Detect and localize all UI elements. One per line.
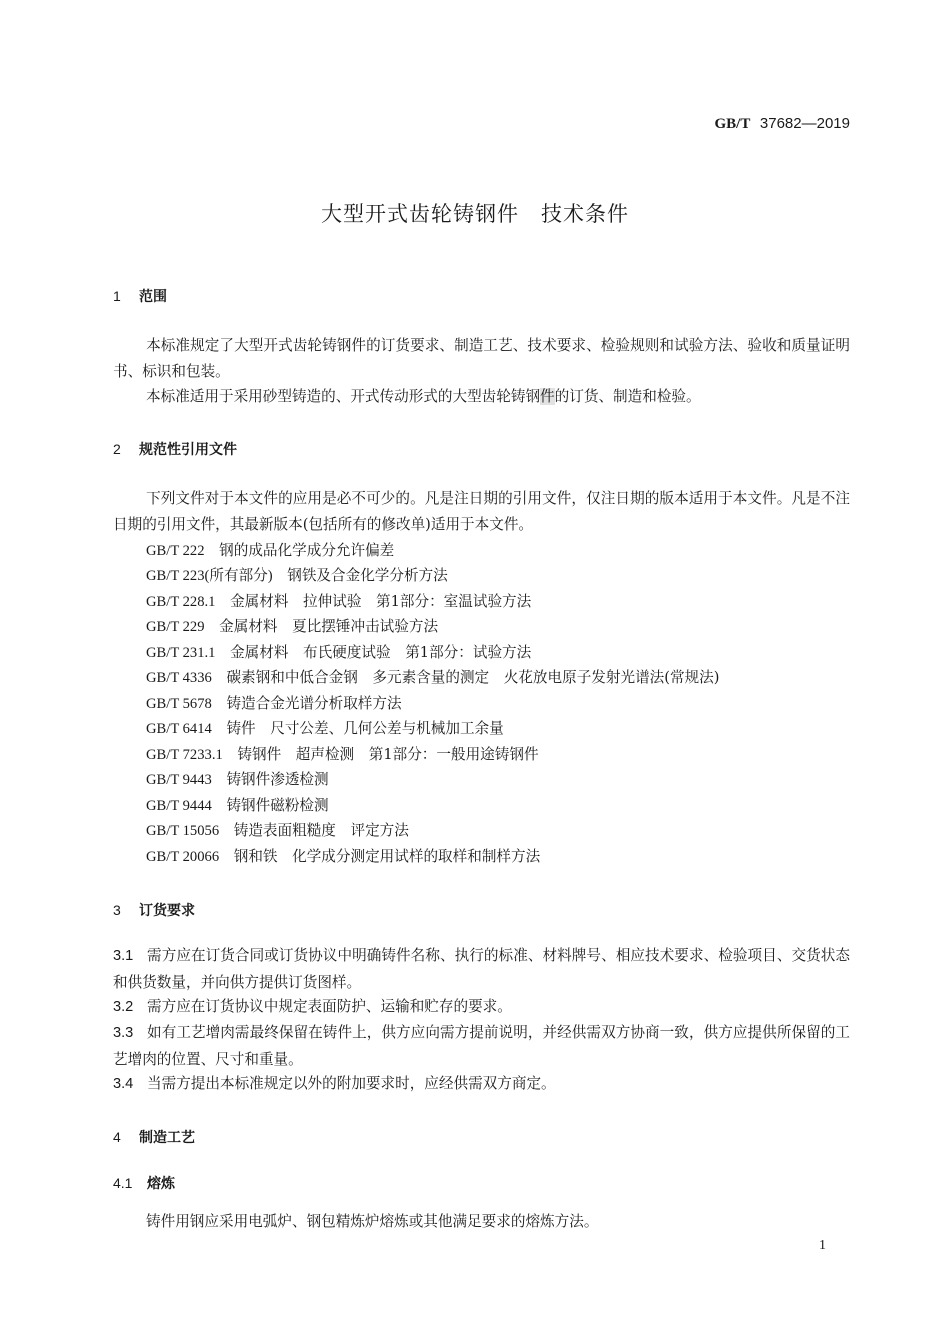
standard-prefix: GB/T	[715, 116, 751, 132]
subsection-heading-melting: 4.1熔炼	[113, 1173, 175, 1193]
reference-item: GB/T 231.1 金属材料 布氏硬度试验 第1部分：试验方法	[146, 641, 531, 662]
reference-item: GB/T 222 钢的成品化学成分允许偏差	[146, 539, 394, 560]
section-heading-manufacturing: 4制造工艺	[113, 1127, 195, 1147]
reference-item: GB/T 5678 铸造合金光谱分析取样方法	[146, 692, 402, 713]
scope-paragraph-2: 本标准适用于采用砂型铸造的、开式传动形式的大型齿轮铸钢件的订货、制造和检验。	[113, 384, 850, 410]
title-main: 大型开式齿轮铸钢件	[321, 202, 519, 226]
reference-item: GB/T 223(所有部分) 钢铁及合金化学分析方法	[146, 564, 448, 585]
melting-paragraph: 铸件用钢应采用电弧炉、钢包精炼炉熔炼或其他满足要求的熔炼方法。	[113, 1209, 850, 1235]
title-sub: 技术条件	[541, 202, 629, 226]
reference-item: GB/T 4336 碳素钢和中低合金钢 多元素含量的测定 火花放电原子发射光谱法…	[146, 666, 719, 687]
references-intro: 下列文件对于本文件的应用是必不可少的。凡是注日期的引用文件，仅注日期的版本适用于…	[113, 486, 850, 537]
scope-paragraph-1: 本标准规定了大型开式齿轮铸钢件的订货要求、制造工艺、技术要求、检验规则和试验方法…	[113, 333, 850, 384]
clause-3-1: 3.1需方应在订货合同或订货协议中明确铸件名称、执行的标准、材料牌号、相应技术要…	[113, 943, 850, 995]
clause-3-4: 3.4当需方提出本标准规定以外的附加要求时，应经供需双方商定。	[113, 1071, 850, 1098]
standard-code: 37682—2019	[760, 115, 850, 132]
clause-3-3: 3.3如有工艺增肉需最终保留在铸件上，供方应向需方提前说明，并经供需双方协商一致…	[113, 1020, 850, 1072]
reference-item: GB/T 229 金属材料 夏比摆锤冲击试验方法	[146, 615, 438, 636]
reference-item: GB/T 15056 铸造表面粗糙度 评定方法	[146, 819, 409, 840]
reference-item: GB/T 20066 钢和铁 化学成分测定用试样的取样和制样方法	[146, 845, 540, 866]
reference-item: GB/T 9443 铸钢件渗透检测	[146, 768, 329, 789]
reference-item: GB/T 9444 铸钢件磁粉检测	[146, 794, 329, 815]
reference-item: GB/T 228.1 金属材料 拉伸试验 第1部分：室温试验方法	[146, 590, 531, 611]
text-highlight: 件	[540, 388, 555, 405]
standard-number: GB/T 37682—2019	[715, 114, 851, 133]
clause-3-2: 3.2需方应在订货协议中规定表面防护、运输和贮存的要求。	[113, 994, 850, 1021]
reference-item: GB/T 7233.1 铸钢件 超声检测 第1部分：一般用途铸钢件	[146, 743, 539, 764]
document-title: 大型开式齿轮铸钢件技术条件	[0, 198, 950, 228]
section-heading-normative-references: 2规范性引用文件	[113, 439, 237, 459]
page-number: 1	[819, 1238, 826, 1254]
reference-item: GB/T 6414 铸件 尺寸公差、几何公差与机械加工余量	[146, 717, 504, 738]
section-heading-scope: 1范围	[113, 286, 167, 306]
section-heading-ordering: 3订货要求	[113, 900, 195, 920]
